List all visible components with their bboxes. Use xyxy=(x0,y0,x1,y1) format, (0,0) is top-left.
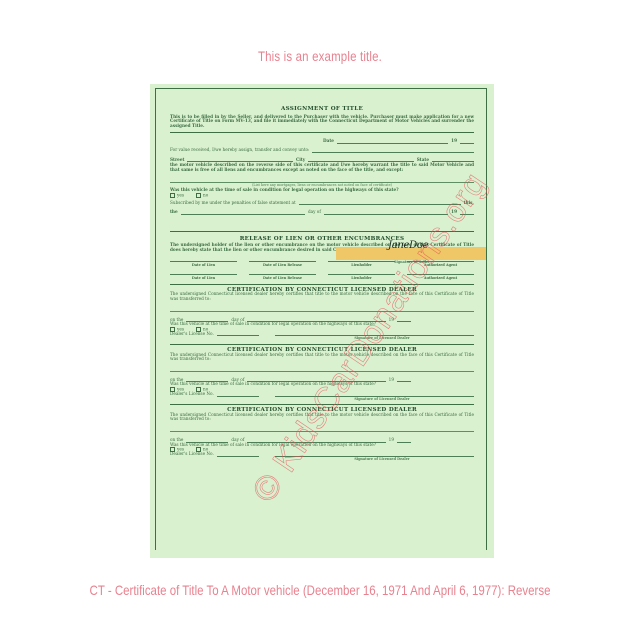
assignee-line: For value received, I/we hereby assign, … xyxy=(170,148,474,153)
dealer-text: The undersigned Connecticut licensed dea… xyxy=(170,353,474,362)
lienholder-field[interactable]: Lienholder xyxy=(328,261,395,268)
day-of-label: day of xyxy=(308,210,321,215)
assignment-instructions: This is to be filled in by the Seller, a… xyxy=(170,115,474,129)
license-label: Dealer's License No. xyxy=(170,452,214,457)
dealer-signature-caption: Signature of Licensed Dealer xyxy=(170,457,474,462)
subscribed-label: Subscribed by me under the penalties of … xyxy=(170,201,296,206)
no-option[interactable]: no xyxy=(196,193,208,198)
year-prefix: 19 xyxy=(451,139,457,144)
date-of-lien-release-field[interactable]: Date of Lien Release xyxy=(249,274,316,281)
year-field[interactable] xyxy=(397,439,411,443)
subscribed-line: Subscribed by me under the penalties of … xyxy=(170,201,474,206)
date-of-lien-release-field[interactable]: Date of Lien Release xyxy=(249,261,316,268)
date-of-lien-field[interactable]: Date of Lien xyxy=(170,274,237,281)
day-field[interactable] xyxy=(181,211,305,215)
page-title: This is an example title. xyxy=(58,48,583,64)
value-received-label: For value received, I/we hereby assign, … xyxy=(170,148,309,153)
document-scan: ASSIGNMENT OF TITLE This is to be filled… xyxy=(150,84,494,558)
license-label: Dealer's License No. xyxy=(170,332,214,337)
year-field[interactable] xyxy=(397,378,411,382)
document-caption: CT - Certificate of Title To A Motor veh… xyxy=(58,582,583,598)
year-field[interactable] xyxy=(460,140,474,144)
certificate-form: ASSIGNMENT OF TITLE This is to be filled… xyxy=(155,88,487,550)
dealer-section-1: CERTIFICATION BY CONNECTICUT LICENSED DE… xyxy=(170,284,474,344)
assignee-field[interactable] xyxy=(312,149,474,153)
warranty-text: the motor vehicle described on the rever… xyxy=(170,163,474,172)
date-of-lien-field[interactable]: Date of Lien xyxy=(170,261,237,268)
license-field[interactable] xyxy=(217,332,259,336)
dealer-text: The undersigned Connecticut licensed dea… xyxy=(170,292,474,301)
the-label: the xyxy=(170,210,178,215)
yes-option[interactable]: yes xyxy=(170,193,184,198)
year-prefix: 19 xyxy=(389,378,394,383)
date-field[interactable] xyxy=(337,140,448,144)
no-checkbox[interactable] xyxy=(196,193,201,198)
license-field[interactable] xyxy=(217,453,259,457)
date-label: Date xyxy=(323,139,334,144)
yes-checkbox[interactable] xyxy=(170,193,175,198)
year-prefix: 19 xyxy=(389,438,394,443)
license-label: Dealer's License No. xyxy=(170,392,214,397)
license-field[interactable] xyxy=(217,393,259,397)
